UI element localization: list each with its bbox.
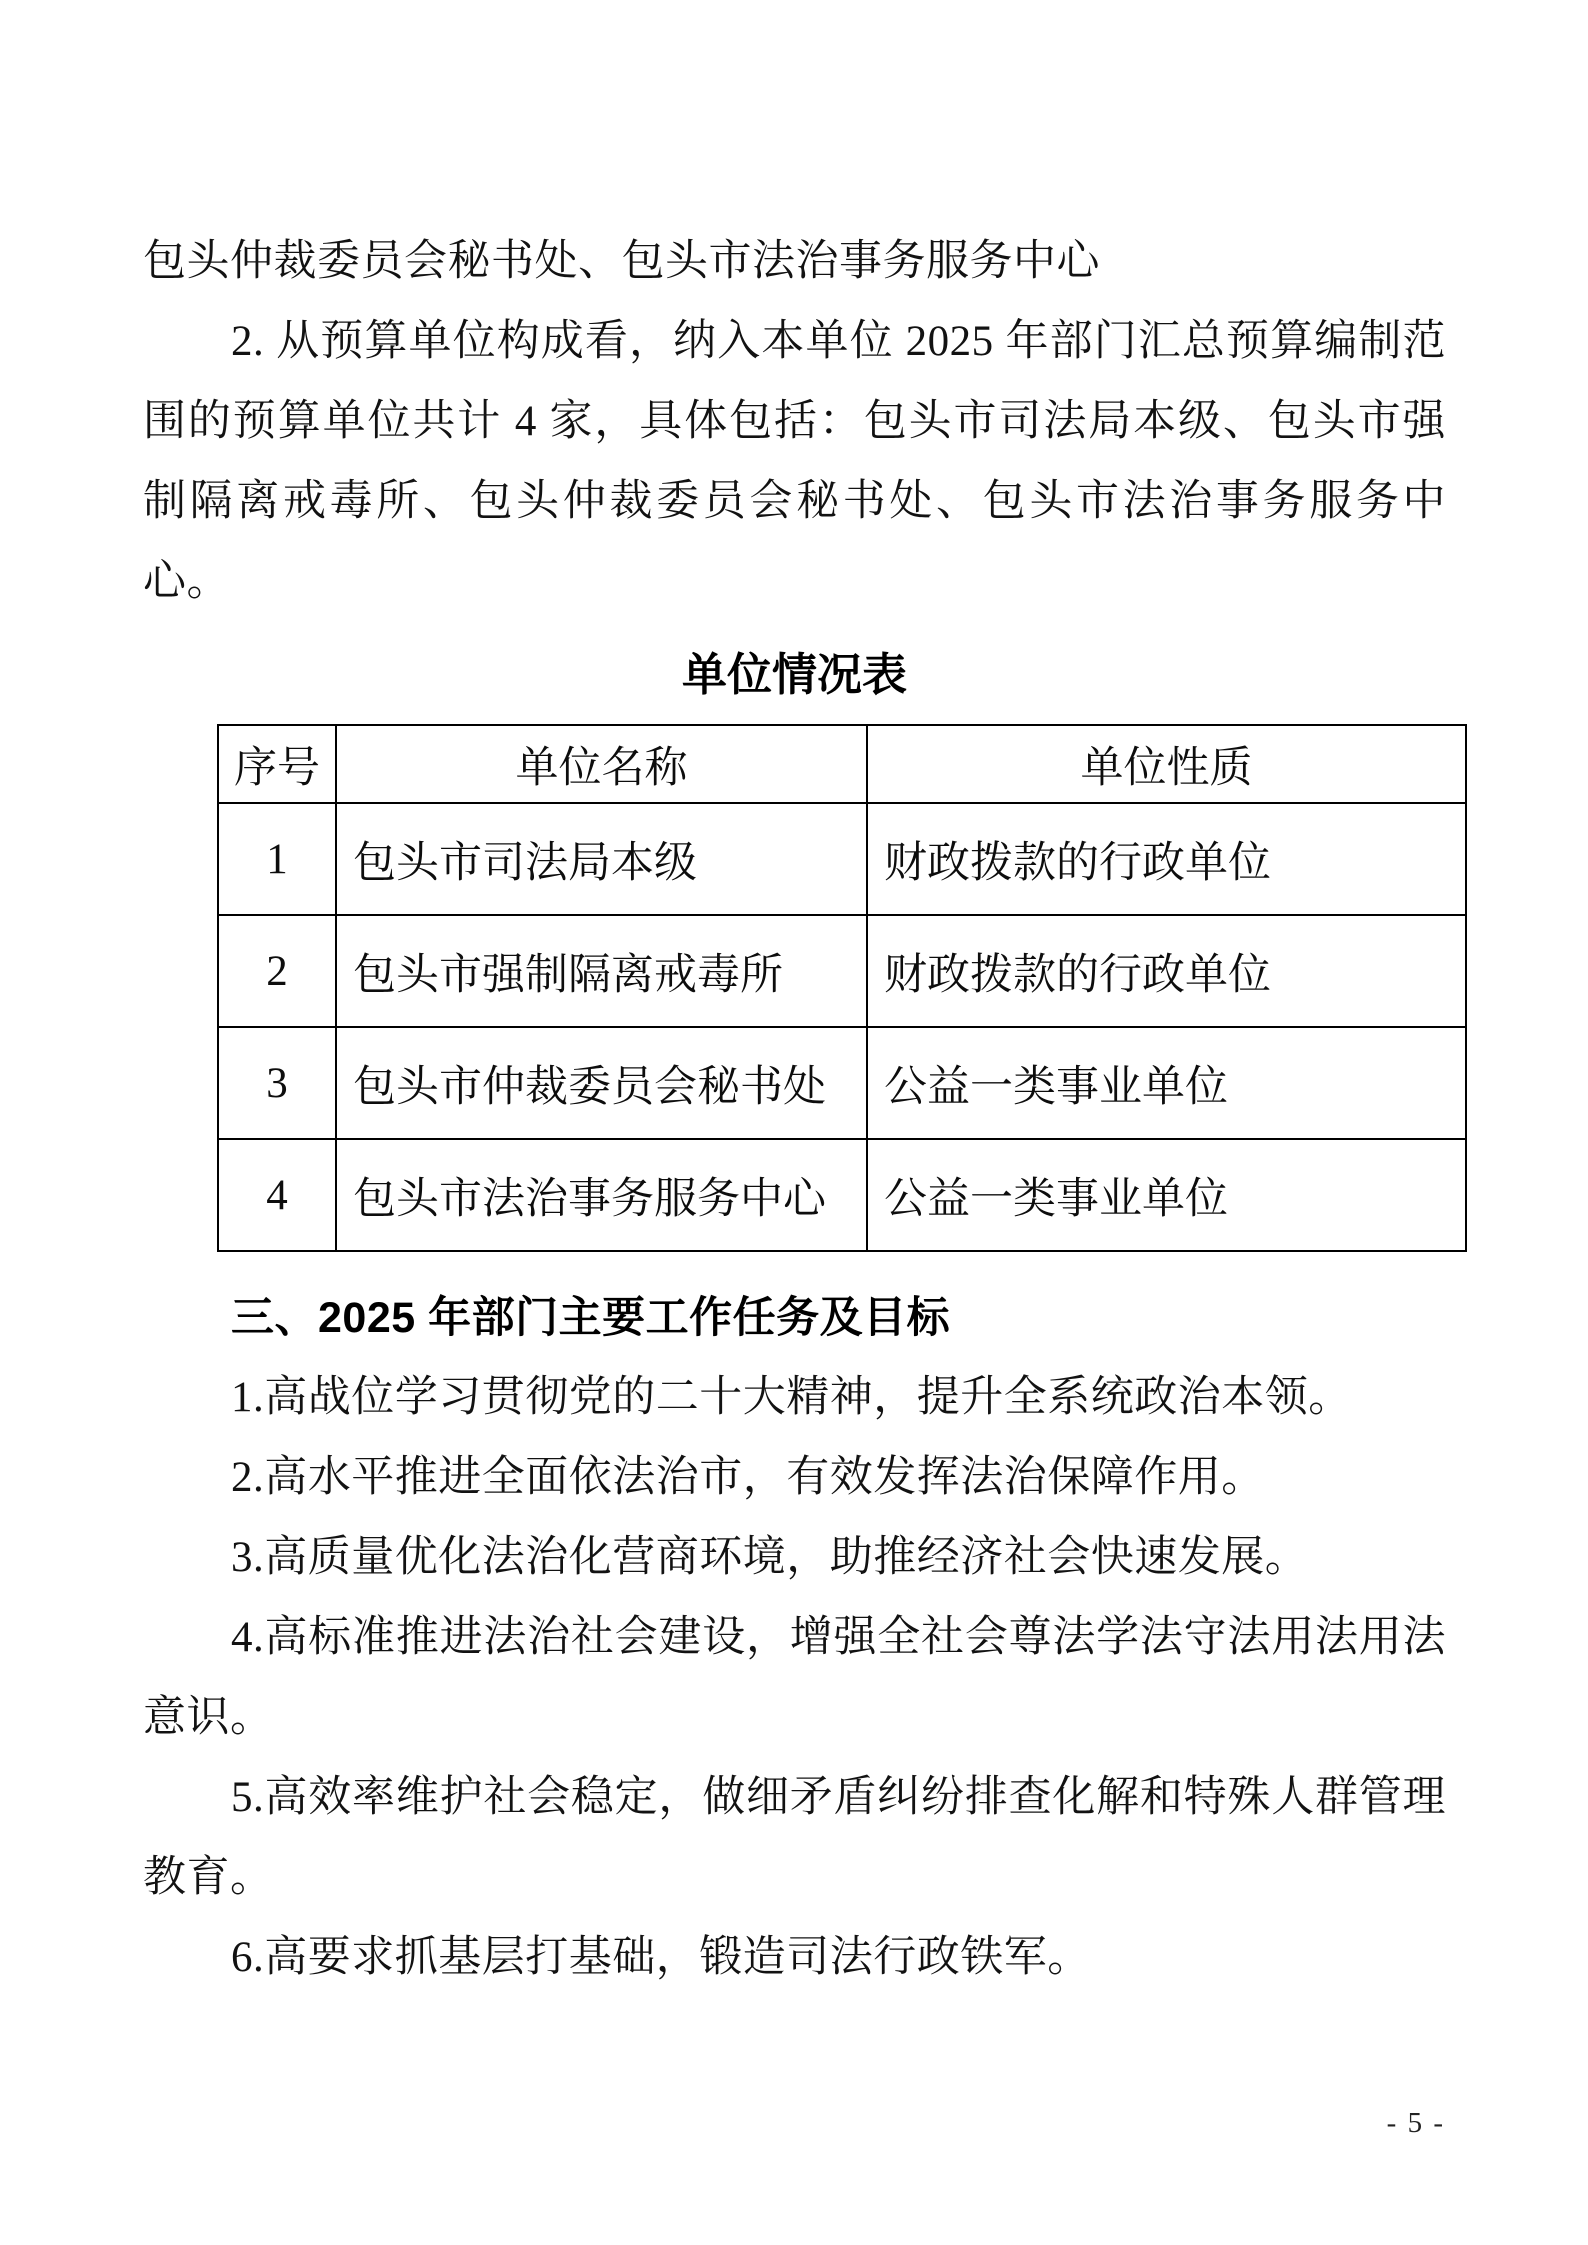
- table-row: 3 包头市仲裁委员会秘书处 公益一类事业单位: [218, 1027, 1466, 1139]
- cell-unit-type: 财政拨款的行政单位: [867, 803, 1466, 915]
- table-header-row: 序号 单位名称 单位性质: [218, 725, 1466, 803]
- document-page: 包头仲裁委员会秘书处、包头市法治事务服务中心 2. 从预算单位构成看，纳入本单位…: [0, 0, 1588, 2245]
- budget-units-paragraph: 2. 从预算单位构成看，纳入本单位 2025 年部门汇总预算编制范围的预算单位共…: [143, 302, 1446, 622]
- unit-table: 序号 单位名称 单位性质 1 包头市司法局本级 财政拨款的行政单位 2 包头市强…: [217, 724, 1467, 1252]
- unit-table-title: 单位情况表: [143, 642, 1446, 708]
- cell-unit-type: 财政拨款的行政单位: [867, 915, 1466, 1027]
- cell-unit-name: 包头市仲裁委员会秘书处: [336, 1027, 867, 1139]
- cell-index: 2: [218, 915, 336, 1027]
- task-item-1: 1.高战位学习贯彻党的二十大精神，提升全系统政治本领。: [143, 1358, 1446, 1438]
- task-item-2: 2.高水平推进全面依法治市，有效发挥法治保障作用。: [143, 1438, 1446, 1518]
- table-row: 4 包头市法治事务服务中心 公益一类事业单位: [218, 1139, 1466, 1251]
- section-3-heading: 三、2025 年部门主要工作任务及目标: [143, 1278, 1446, 1358]
- table-row: 2 包头市强制隔离戒毒所 财政拨款的行政单位: [218, 915, 1466, 1027]
- cell-index: 1: [218, 803, 336, 915]
- document-content: 包头仲裁委员会秘书处、包头市法治事务服务中心 2. 从预算单位构成看，纳入本单位…: [143, 222, 1446, 1998]
- cell-unit-name: 包头市强制隔离戒毒所: [336, 915, 867, 1027]
- task-item-3: 3.高质量优化法治化营商环境，助推经济社会快速发展。: [143, 1518, 1446, 1598]
- cell-unit-name: 包头市司法局本级: [336, 803, 867, 915]
- header-cell-unit-name: 单位名称: [336, 725, 867, 803]
- header-cell-index: 序号: [218, 725, 336, 803]
- task-item-6: 6.高要求抓基层打基础，锻造司法行政铁军。: [143, 1918, 1446, 1998]
- cell-unit-type: 公益一类事业单位: [867, 1139, 1466, 1251]
- cell-index: 3: [218, 1027, 336, 1139]
- cell-unit-name: 包头市法治事务服务中心: [336, 1139, 867, 1251]
- page-number: - 5 -: [1387, 2105, 1445, 2141]
- task-item-5: 5.高效率维护社会稳定，做细矛盾纠纷排查化解和特殊人群管理教育。: [143, 1758, 1446, 1918]
- table-row: 1 包头市司法局本级 财政拨款的行政单位: [218, 803, 1466, 915]
- cell-unit-type: 公益一类事业单位: [867, 1027, 1466, 1139]
- header-cell-unit-type: 单位性质: [867, 725, 1466, 803]
- task-item-4: 4.高标准推进法治社会建设，增强全社会尊法学法守法用法用法意识。: [143, 1598, 1446, 1758]
- carryover-paragraph: 包头仲裁委员会秘书处、包头市法治事务服务中心: [143, 222, 1446, 302]
- cell-index: 4: [218, 1139, 336, 1251]
